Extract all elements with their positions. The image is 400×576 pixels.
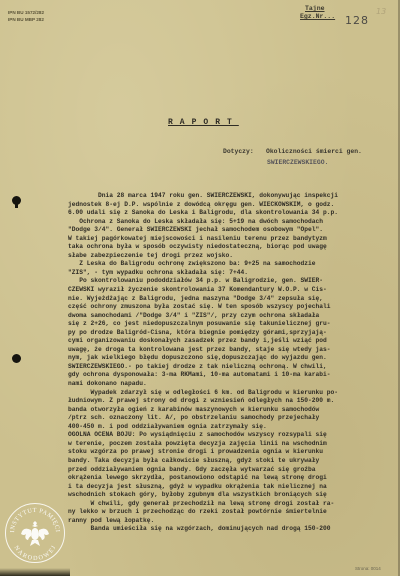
body-line: Po skontrolowaniu pododdziałów 34 p.p. w… (68, 277, 400, 286)
body-line: jednostek 8-ej D.P. wspólnie z dowódcą o… (68, 201, 400, 210)
body-line: dwoma samochodami /"Dodge 3/4" i "ZIS"/,… (68, 312, 400, 321)
body-line: Z Leska do Baligrodu ochronę zwiększono … (68, 260, 400, 269)
body-line: 400-450 m. i pod oddziaływaniem ognia za… (68, 423, 400, 432)
page-number-stamp: Strona: 0014 (355, 566, 381, 571)
body-line: 6.00 udali się z Sanoka do Leska i Balig… (68, 209, 400, 218)
body-line: nym, jak wielkiego błędu dopuszczono się… (68, 354, 400, 363)
punch-hole-icon (12, 354, 21, 363)
body-line: "ZIS", - tym wypadku ochrona składała si… (68, 269, 400, 278)
body-line: uwagę, że droga ta kontrolowana jest prz… (68, 346, 400, 355)
subject-block: Dotyczy:Okoliczności śmierci gen. SWIERC… (223, 146, 362, 168)
body-line: bandy. Taka decyzja była całkowicie słus… (68, 457, 400, 466)
classification-block: Tajne Egz.Nr... (300, 5, 335, 20)
copy-number-label: Egz.Nr... (300, 13, 335, 20)
report-body: Dnia 28 marca 1947 roku gen. SWIERCZEWSK… (68, 192, 400, 534)
body-line: nami dokonano napadu. (68, 380, 400, 389)
subject-line-1: Okoliczności śmierci gen. (266, 148, 362, 155)
body-line: ny lekko w brzuch i przechodząc do rzeki… (68, 508, 400, 517)
body-line: OGOLNA OCENA BOJU: Po wysiądnięciu z sam… (68, 431, 400, 440)
body-line: py po drodze Baligród-Cisna, która biegn… (68, 329, 400, 338)
body-line: gdy ochrona dysponowała: 3-ma RKMami, 10… (68, 371, 400, 380)
body-line: W chwili, gdy generał przechodził na lew… (68, 500, 400, 509)
body-line: /ptrz sch. oznaczony lit. A/, po obstrze… (68, 414, 400, 423)
body-line: przed oddziaływaniem ognia bandy. Gdy za… (68, 466, 400, 475)
body-line: Wypadek zdarzył się w odległości 6 km. o… (68, 389, 400, 398)
body-line: Ochrona z Sanoka do Leska składała się: … (68, 218, 400, 227)
handwritten-page-number: 13 (376, 7, 386, 16)
body-line: Dnia 28 marca 1947 roku gen. SWIERCZEWSK… (68, 192, 400, 201)
ipn-seal-watermark: INSTYTUT PAMIĘCI NARODOWEJ (5, 503, 65, 563)
archive-reference: IPN BU 1572/282 IPN BU MBP 282 (8, 9, 44, 23)
body-line: łudniowym. Z prawej strony od drogi z wz… (68, 397, 400, 406)
subject-label: Dotyczy: (223, 146, 266, 157)
archive-id-1: IPN BU 1572/282 (8, 9, 44, 16)
document-page: IPN BU 1572/282 IPN BU MBP 282 Tajne Egz… (0, 0, 400, 576)
body-line: się z 2+26, co jest niedopuszczalnym pos… (68, 320, 400, 329)
body-line: W takiej pagórkowatej miejscowości i nas… (68, 235, 400, 244)
body-line: ranny pod lewą łopatkę. (68, 517, 400, 526)
svg-text:NARODOWEJ: NARODOWEJ (13, 544, 58, 562)
body-line: nie. Wyjeżdżając z Baligrodu, jedna masz… (68, 295, 400, 304)
archive-id-2: IPN BU MBP 282 (8, 16, 44, 23)
body-line: CZEWSKI wyraził życzenie skontrolowania … (68, 286, 400, 295)
faded-stamp (33, 52, 75, 64)
body-line: i ta decyzja jest słuszną, gdyż w wypadk… (68, 483, 400, 492)
body-line: w terenie, poczem została powzięta decyz… (68, 440, 400, 449)
scan-edge-shadow (0, 568, 70, 576)
body-line: okrążenia lewego skrzydła, postanowiono … (68, 474, 400, 483)
handwritten-copy-number: 128 (345, 14, 369, 27)
punch-hole-icon (12, 196, 21, 205)
body-line: banda otworzyła ogień z karabinów maszyn… (68, 406, 400, 415)
body-line: część ochrony zmuszona była zostać się. … (68, 303, 400, 312)
subject-line-2: SWIERCZEWSKIEGO. (223, 157, 362, 168)
document-title: RAPORT (168, 118, 239, 127)
body-line: "Dodge 3/4". Generał SWIERCZEWSKI jechał… (68, 226, 400, 235)
body-line: cymi organizowaniu doskonałych zasadzek … (68, 337, 400, 346)
body-line: wschodnich stokach góry, byłoby zgubnym … (68, 491, 400, 500)
body-line: słabe zabezpieczenie tej drogi przez woj… (68, 252, 400, 261)
body-line: taka ochrona była w sposób oczywisty nie… (68, 243, 400, 252)
secret-label: Tajne (305, 5, 335, 12)
body-line: Banda umieściła się na wzgórzach, dominu… (68, 525, 400, 534)
eagle-emblem-icon: INSTYTUT PAMIĘCI NARODOWEJ (6, 504, 64, 562)
body-line: SWIERCZEWSKIEGO.- po takiej drodze z tak… (68, 363, 400, 372)
body-line: stoku wzgórza po prawej stronie drogi i … (68, 448, 400, 457)
